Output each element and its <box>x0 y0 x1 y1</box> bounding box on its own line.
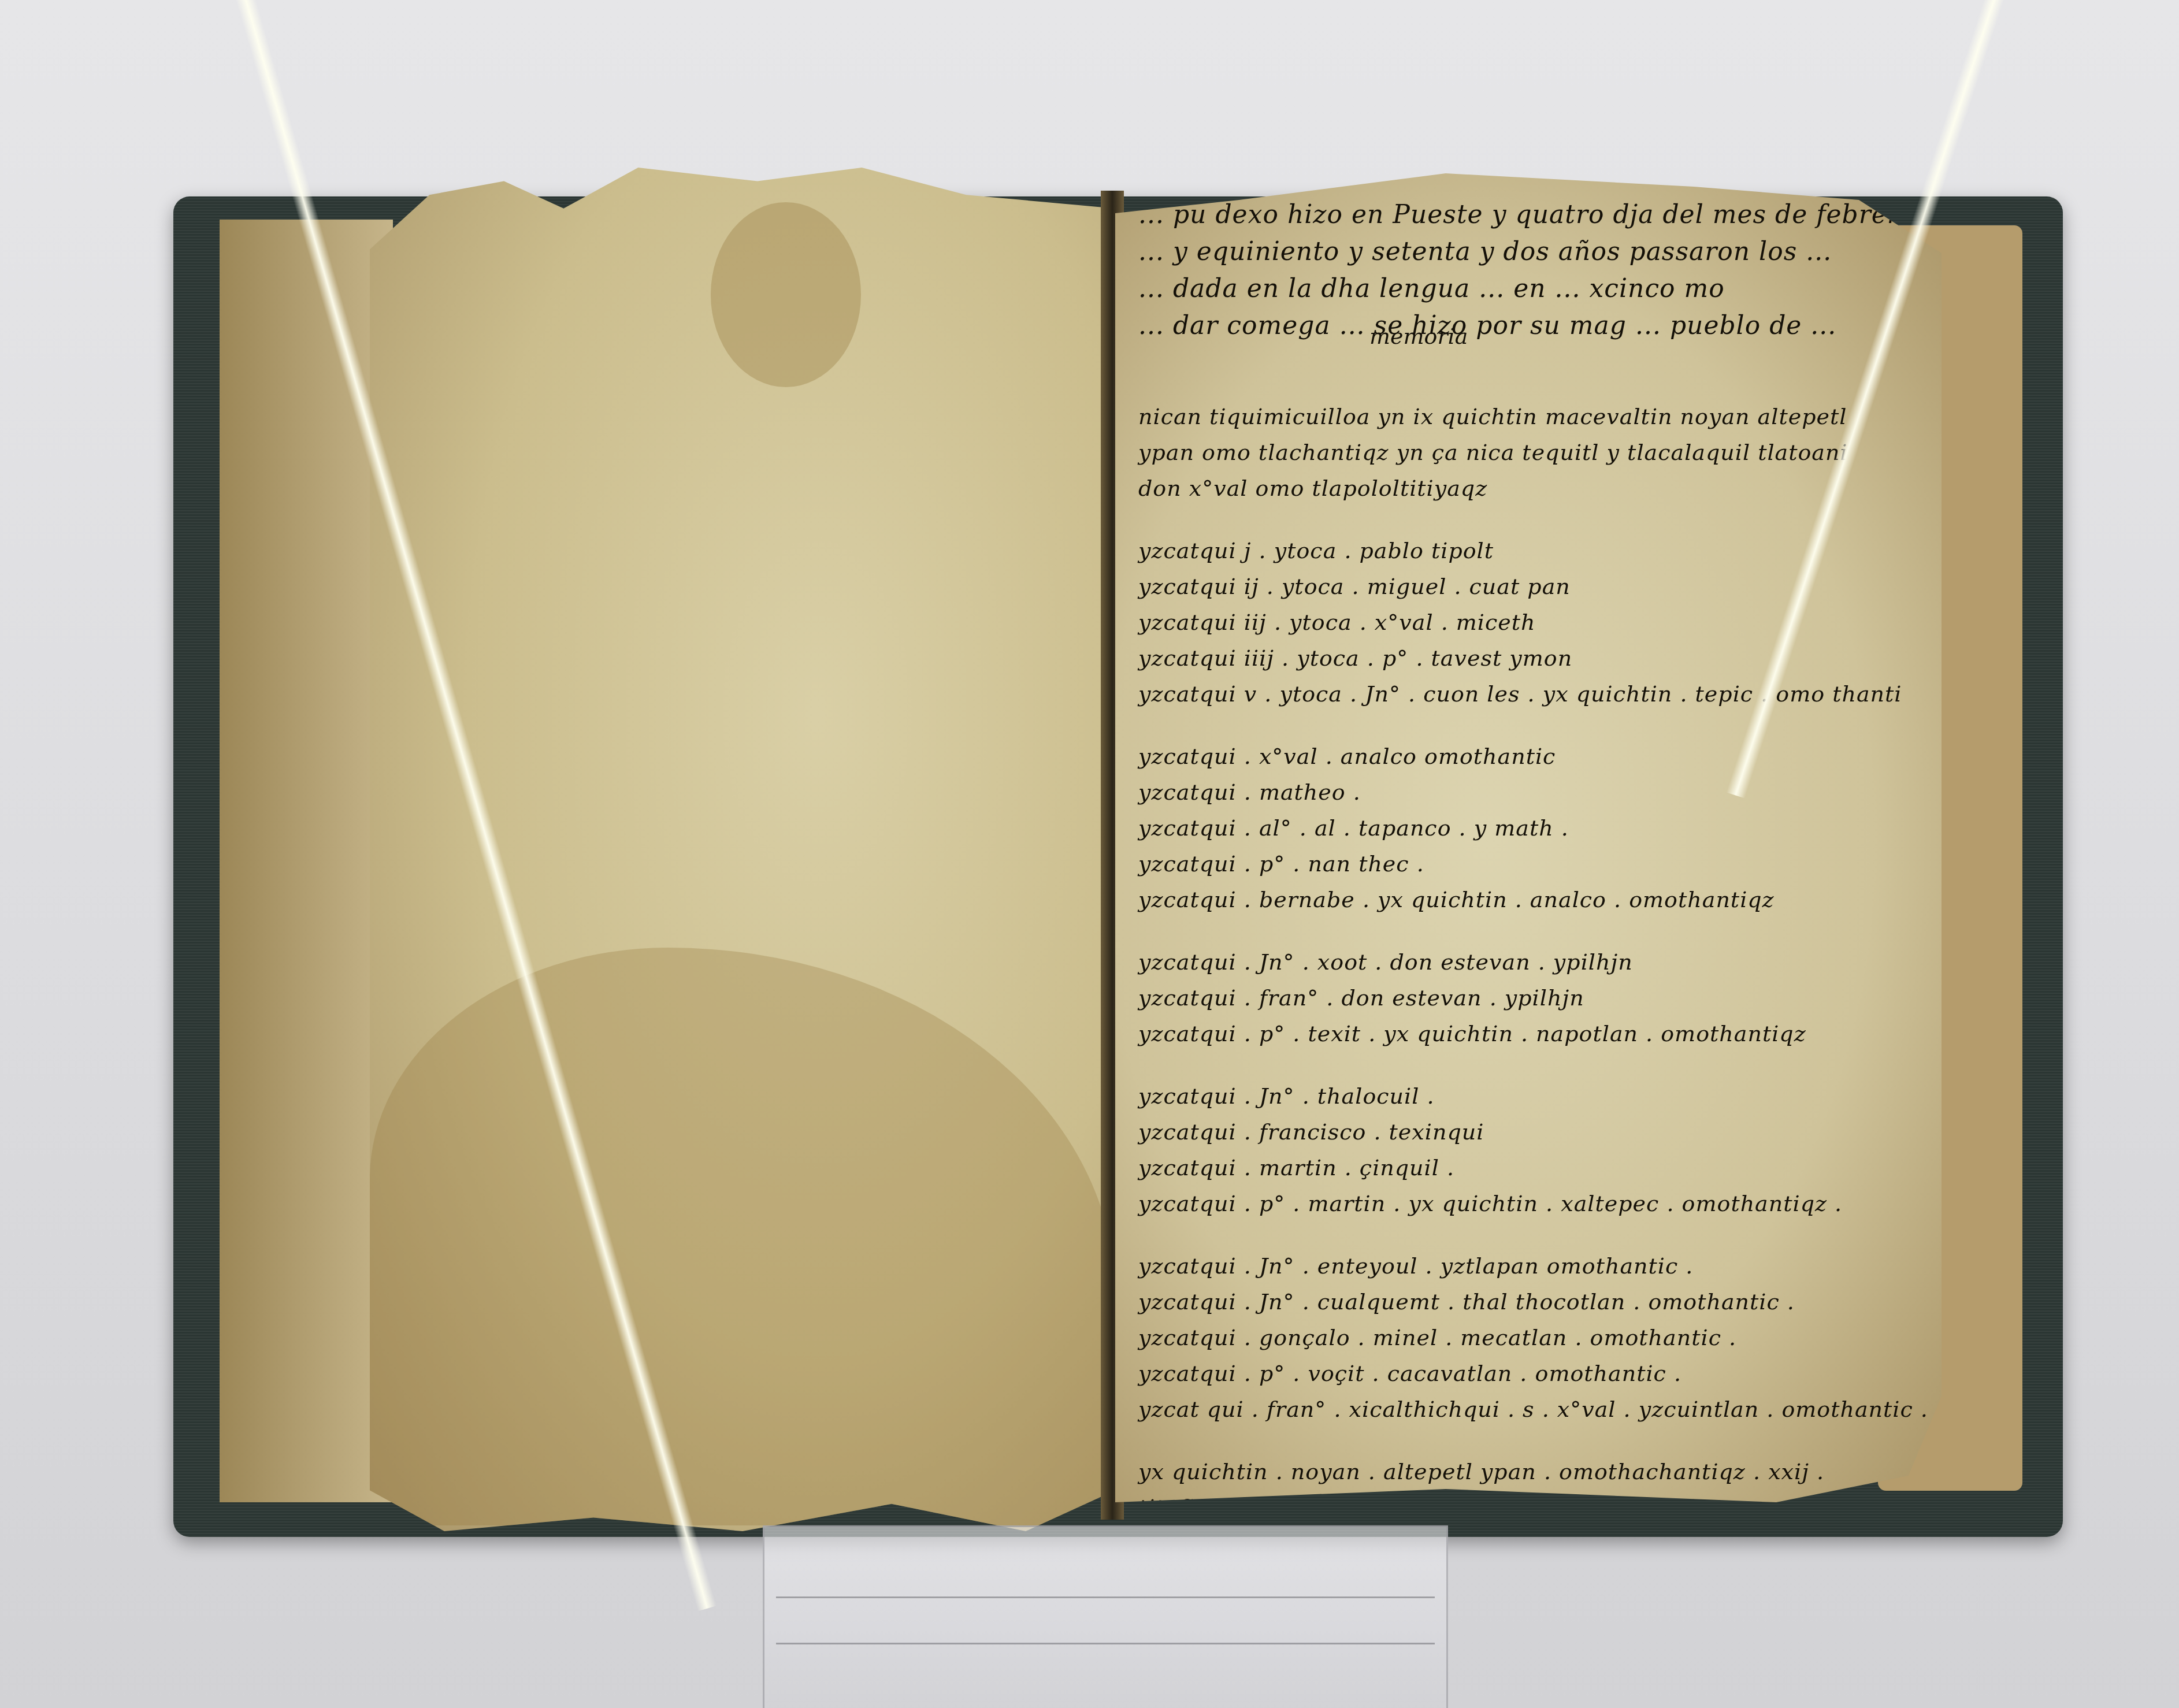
entry: yzcatqui v . ytoca . Jn° . cuon les . yx… <box>1138 676 1918 712</box>
heading-line: ... y equiniento y setenta y dos años pa… <box>1138 233 1918 270</box>
entry: yx quichtin . noyan . altepetl ypan . om… <box>1138 1454 1918 1490</box>
entry: yzcatqui . p° . voçit . cacavatlan . omo… <box>1138 1356 1918 1391</box>
entry: yzcatqui . p° . martin . yx quichtin . x… <box>1138 1186 1918 1221</box>
page-heading: ... pu dexo hizo en Pueste y quatro dja … <box>1138 196 1918 344</box>
folio-mark-corner: 84 <box>1822 173 1843 192</box>
water-stain <box>711 202 861 387</box>
entry: yzcatqui . bernabe . yx quichtin . analc… <box>1138 882 1918 918</box>
entry: yzcatqui . Jn° . enteyoul . yztlapan omo… <box>1138 1248 1918 1284</box>
stand-edge <box>776 1596 1435 1598</box>
folio-mark: 51 <box>1127 173 1149 194</box>
heading-line: ... dar comega ... se hizo por su mag ..… <box>1138 307 1918 344</box>
section-title: memoria <box>1369 324 1468 349</box>
heading-line: ... pu dexo hizo en Pueste y quatro dja … <box>1138 196 1918 233</box>
entry: don x°val omo tlapololtitiyaqz <box>1138 470 1918 506</box>
right-page: 51 84 ... pu dexo hizo en Pueste y quatr… <box>1115 173 1942 1502</box>
stand-edge <box>776 1643 1435 1644</box>
entry: yzcatqui . Jn° . thalocuil . <box>1138 1078 1918 1114</box>
entry: yzcatqui iiij . ytoca . p° . tavest ymon <box>1138 640 1918 676</box>
entry: yzcatqui . matheo . <box>1138 774 1918 810</box>
entry: yzcatqui . p° . texit . yx quichtin . na… <box>1138 1016 1918 1052</box>
heading-line: ... dada en la dha lengua ... en ... xci… <box>1138 270 1918 307</box>
water-stain <box>370 948 1115 1525</box>
entry: yzcatqui . Jn° . xoot . don estevan . yp… <box>1138 944 1918 980</box>
acrylic-stand <box>763 1525 1448 1708</box>
entry: yzcatqui . p° . nan thec . <box>1138 846 1918 882</box>
entry: ypan omo tlachantiqz yn ça nica tequitl … <box>1138 435 1918 470</box>
entry: yzcatqui . fran° . don estevan . ypilhjn <box>1138 980 1918 1016</box>
entry: yzcatqui . gonçalo . minel . mecatlan . … <box>1138 1320 1918 1356</box>
entry: yzcatqui . Jn° . cualquemt . thal thocot… <box>1138 1284 1918 1320</box>
entry: yzcatqui . francisco . texinqui <box>1138 1114 1918 1150</box>
entry: yzcatqui . al° . al . tapanco . y math . <box>1138 810 1918 846</box>
entry: yzcat qui . fran° . xicalthichqui . s . … <box>1138 1391 1918 1427</box>
entry: yzcatqui . x°val . analco omothantic <box>1138 738 1918 774</box>
entry: yzcatqui . martin . çinquil . <box>1138 1150 1918 1186</box>
entry: nican tiquimicuilloa yn ix quichtin mace… <box>1138 399 1918 435</box>
